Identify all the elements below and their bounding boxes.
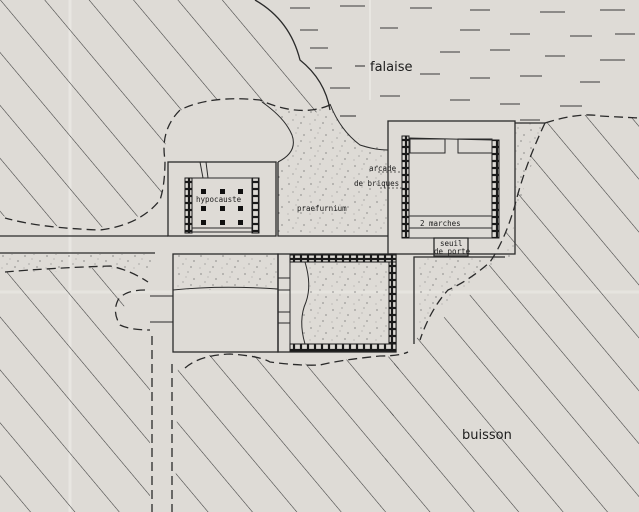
- arcade-label-line2: de briques: [354, 179, 399, 188]
- wall: [206, 162, 208, 178]
- stipple-area-room: [302, 262, 389, 344]
- wall: [200, 162, 203, 178]
- bush-label: buisson: [462, 428, 512, 443]
- cliff-label: falaise: [370, 60, 413, 75]
- steps-label: 2 marches: [420, 219, 461, 228]
- brick-wall-left: [402, 136, 409, 238]
- brick-wall-top: [290, 255, 396, 262]
- threshold-label-line2: de porte: [434, 247, 471, 256]
- brick-wall-bottom: [290, 344, 396, 351]
- hatched-vegetation-left: [0, 268, 150, 512]
- cliff-area: [290, 6, 635, 120]
- praefurnium-label: praefurnium: [297, 204, 347, 213]
- stipple-area-mid: [175, 254, 278, 290]
- brick-wall-right: [492, 140, 499, 238]
- brick-pillar: [252, 178, 259, 233]
- hypocaust-label: hypocauste: [196, 195, 242, 204]
- brick-pillar: [185, 178, 192, 233]
- hatched-vegetation-bottom: [175, 355, 400, 512]
- arcade-label-line1: arcade: [369, 164, 397, 173]
- brick-wall-right: [389, 262, 396, 344]
- site-plan: hypocauste praefurnium 2 marches arcade …: [0, 0, 639, 512]
